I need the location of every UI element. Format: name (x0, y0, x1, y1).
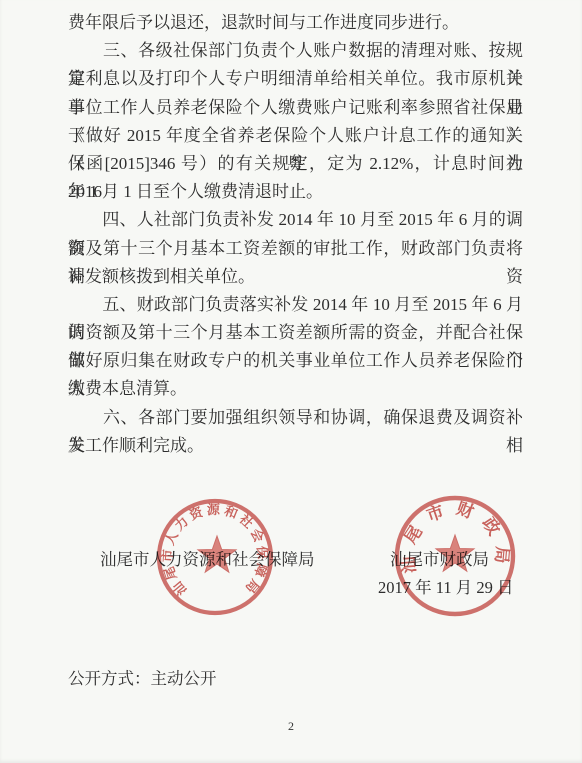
document-page: 费年限后予以退还，退款时间与工作进度同步进行。 三、各级社保部门负责个人账户数据… (0, 0, 582, 763)
body-line: 调资额及第十三个月基本工资差额所需的资金，并配合社保部门 (68, 319, 523, 347)
body-line: 五、财政部门负责落实补发 2014 年 10 月至 2015 年 6 月的 (68, 291, 523, 319)
official-seal-right: 汕尾市财政局 (391, 492, 519, 620)
star-icon (198, 536, 236, 572)
body-line: 算利息以及打印个人专户明细清单给相关单位。我市原机关事业 (68, 65, 523, 93)
body-line: 三、各级社保部门负责个人账户数据的清理对账、按规定计 (68, 37, 523, 65)
star-icon (436, 535, 474, 571)
body-line: 做好原归集在财政专户的机关事业单位工作人员养老保险个人 (68, 347, 523, 375)
body-line: 费年限后予以退还，退款时间与工作进度同步进行。 (68, 9, 523, 37)
body-line: 单位工作人员养老保险个人缴费账户记账利率参照省社保局《关 (68, 94, 523, 122)
body-line: 四、人社部门负责补发 2014 年 10 月至 2015 年 6 月的调资 (68, 206, 523, 234)
body-line: 保函[2015]346 号）的有关规定，定为 2.12%，计息时间为 2016 (68, 150, 523, 178)
body-line: 于做好 2015 年度全省养老保险个人账户计息工作的通知》（粤社 (68, 122, 523, 150)
body-line: 缴费本息清算。 (68, 375, 523, 403)
disclosure-method: 公开方式：主动公开 (68, 665, 217, 689)
body-line: 六、各部门要加强组织领导和协调，确保退费及调资补发相 (68, 404, 523, 432)
official-seal-left: 汕尾市人力资源和社会保障局 (151, 494, 279, 622)
page-number: 2 (0, 719, 582, 734)
body-line: 年 1 月 1 日至个人缴费清退时止。 (68, 178, 523, 206)
body-line: 额及第十三个月基本工资差额的审批工作，财政部门负责将调资 (68, 235, 523, 263)
document-body: 费年限后予以退还，退款时间与工作进度同步进行。 三、各级社保部门负责个人账户数据… (68, 9, 523, 460)
